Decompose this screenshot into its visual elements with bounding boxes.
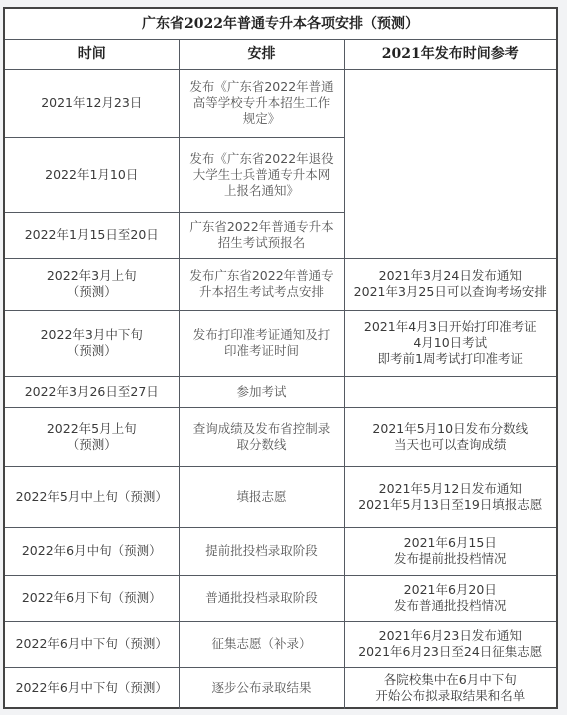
title-row: 广东省2022年普通专升本各项安排（预测） (5, 9, 556, 39)
arrangement-cell: 广东省2022年普通专升本 招生考试预报名 (179, 212, 344, 258)
time-cell: 2022年3月中下旬 （预测） (5, 310, 179, 376)
reference-cell-empty (344, 376, 556, 407)
header-arrangement: 安排 (179, 39, 344, 69)
time-cell: 2022年1月15日至20日 (5, 212, 179, 258)
table-row: 2022年6月中下旬（预测） 征集志愿（补录） 2021年6月23日发布通知 2… (5, 621, 556, 667)
time-cell: 2022年5月中上旬（预测） (5, 466, 179, 527)
table-row: 2022年5月中上旬（预测） 填报志愿 2021年5月12日发布通知 2021年… (5, 466, 556, 527)
arrangement-cell: 参加考试 (179, 376, 344, 407)
schedule-table: 广东省2022年普通专升本各项安排（预测） 时间 安排 2021年发布时间参考 … (5, 9, 556, 709)
table-row: 2022年5月上旬 （预测） 查询成绩及发布省控制录 取分数线 2021年5月1… (5, 407, 556, 466)
reference-cell: 2021年4月3日开始打印准考证 4月10日考试 即考前1周考试打印准考证 (344, 310, 556, 376)
arrangement-cell: 普通批投档录取阶段 (179, 575, 344, 621)
reference-cell: 各院校集中在6月中下旬 开始公布拟录取结果和名单 (344, 667, 556, 709)
arrangement-cell: 发布广东省2022年普通专 升本招生考试考点安排 (179, 258, 344, 310)
table-row: 2022年3月26日至27日 参加考试 (5, 376, 556, 407)
header-row: 时间 安排 2021年发布时间参考 (5, 39, 556, 69)
schedule-sheet: 广东省2022年普通专升本各项安排（预测） 时间 安排 2021年发布时间参考 … (3, 7, 558, 709)
header-time: 时间 (5, 39, 179, 69)
arrangement-cell: 发布《广东省2022年退役 大学生士兵普通专升本网 上报名通知》 (179, 137, 344, 212)
time-cell: 2022年6月中下旬（预测） (5, 621, 179, 667)
table-row: 2022年3月上旬 （预测） 发布广东省2022年普通专 升本招生考试考点安排 … (5, 258, 556, 310)
arrangement-cell: 查询成绩及发布省控制录 取分数线 (179, 407, 344, 466)
arrangement-cell: 逐步公布录取结果 (179, 667, 344, 709)
reference-cell: 2021年6月23日发布通知 2021年6月23日至24日征集志愿 (344, 621, 556, 667)
reference-cell: 2021年3月24日发布通知 2021年3月25日可以查询考场安排 (344, 258, 556, 310)
table-row: 2022年6月中旬（预测） 提前批投档录取阶段 2021年6月15日 发布提前批… (5, 527, 556, 575)
time-cell: 2022年3月上旬 （预测） (5, 258, 179, 310)
reference-cell: 2021年6月15日 发布提前批投档情况 (344, 527, 556, 575)
arrangement-cell: 征集志愿（补录） (179, 621, 344, 667)
header-reference: 2021年发布时间参考 (344, 39, 556, 69)
table-row: 2021年12月23日 发布《广东省2022年普通 高等学校专升本招生工作 规定… (5, 69, 556, 137)
reference-cell: 2021年5月10日发布分数线 当天也可以查询成绩 (344, 407, 556, 466)
reference-cell: 2021年6月20日 发布普通批投档情况 (344, 575, 556, 621)
table-row: 2022年6月中下旬（预测） 逐步公布录取结果 各院校集中在6月中下旬 开始公布… (5, 667, 556, 709)
time-cell: 2021年12月23日 (5, 69, 179, 137)
time-cell: 2022年6月中下旬（预测） (5, 667, 179, 709)
reference-cell-empty (344, 69, 556, 258)
arrangement-cell: 发布《广东省2022年普通 高等学校专升本招生工作 规定》 (179, 69, 344, 137)
arrangement-cell: 填报志愿 (179, 466, 344, 527)
table-row: 2022年6月下旬（预测） 普通批投档录取阶段 2021年6月20日 发布普通批… (5, 575, 556, 621)
time-cell: 2022年3月26日至27日 (5, 376, 179, 407)
time-cell: 2022年5月上旬 （预测） (5, 407, 179, 466)
table-row: 2022年3月中下旬 （预测） 发布打印准考证通知及打 印准考证时间 2021年… (5, 310, 556, 376)
time-cell: 2022年1月10日 (5, 137, 179, 212)
reference-cell: 2021年5月12日发布通知 2021年5月13日至19日填报志愿 (344, 466, 556, 527)
arrangement-cell: 发布打印准考证通知及打 印准考证时间 (179, 310, 344, 376)
time-cell: 2022年6月中旬（预测） (5, 527, 179, 575)
time-cell: 2022年6月下旬（预测） (5, 575, 179, 621)
table-title: 广东省2022年普通专升本各项安排（预测） (5, 9, 556, 39)
arrangement-cell: 提前批投档录取阶段 (179, 527, 344, 575)
